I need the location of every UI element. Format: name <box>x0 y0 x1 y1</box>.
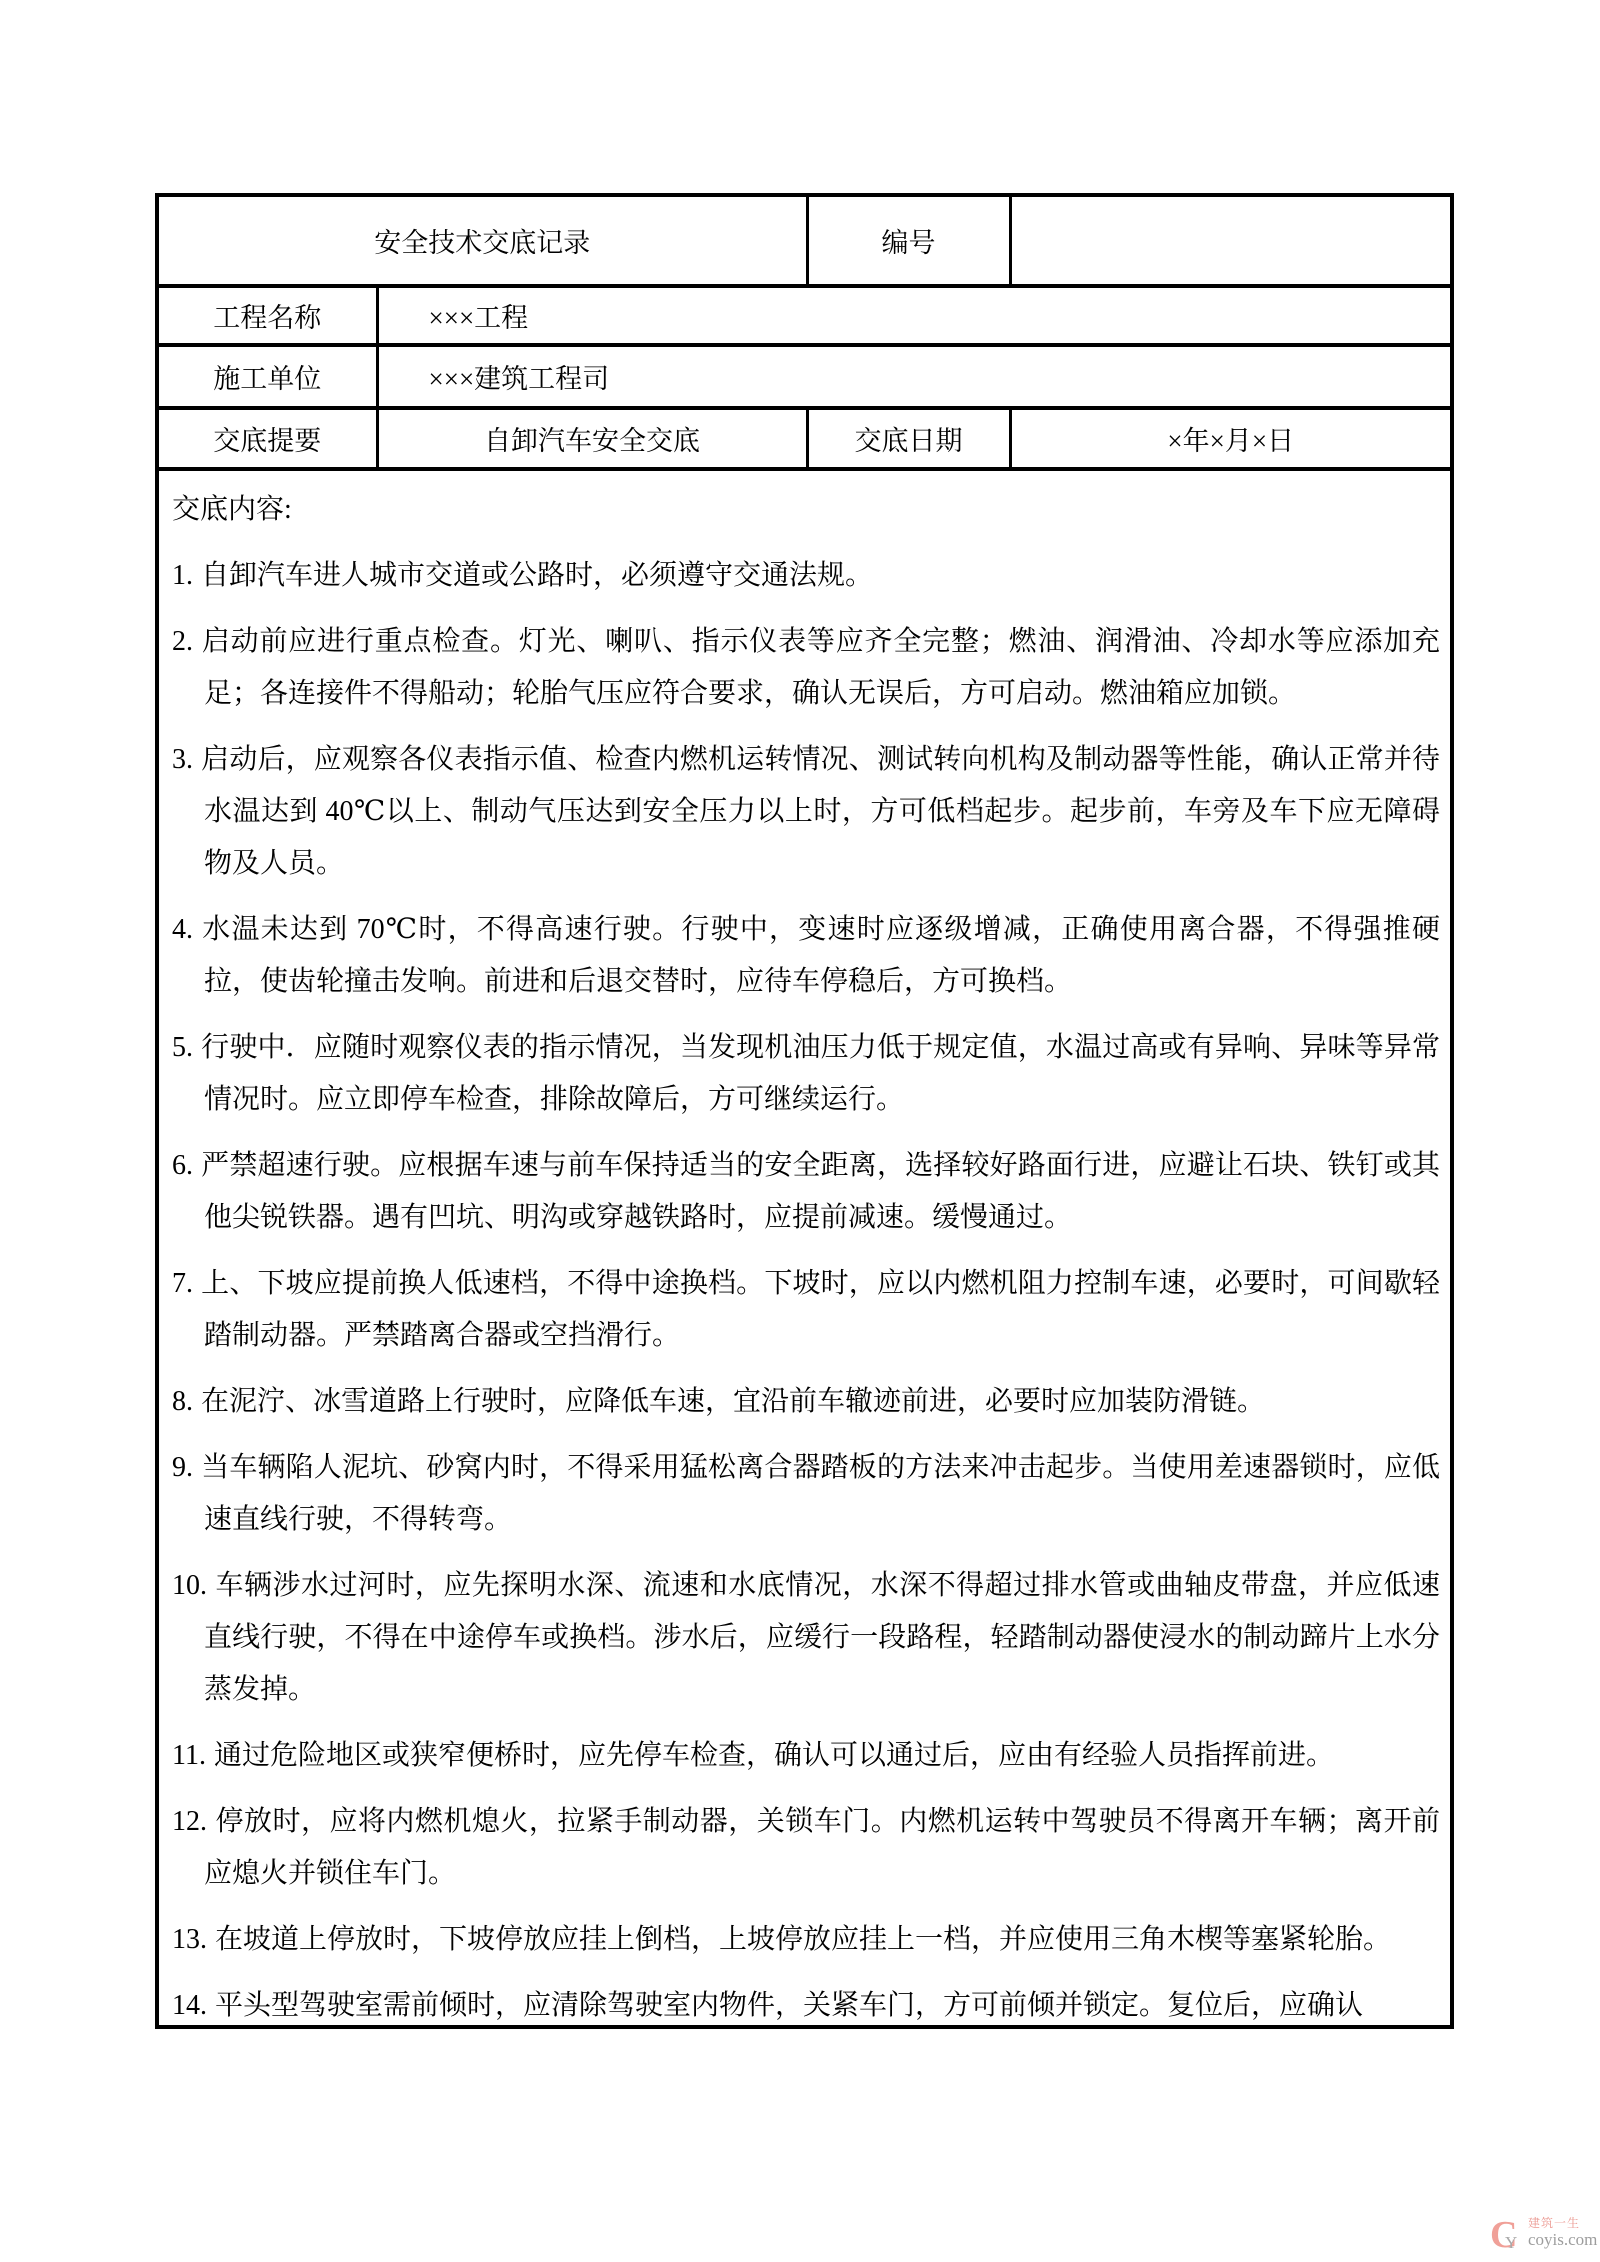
briefing-date-label: 交底日期 <box>807 408 1010 469</box>
item-text: 启动后，应观察各仪表指示值、检查内燃机运转情况、测试转向机构及制动器等性能，确认… <box>201 744 1440 879</box>
content-item-2: 2.启动前应进行重点检查。灯光、喇叭、指示仪表等应齐全完整；燃油、润滑油、冷却水… <box>172 616 1440 720</box>
item-text: 启动前应进行重点检查。灯光、喇叭、指示仪表等应齐全完整；燃油、润滑油、冷却水等应… <box>201 626 1440 709</box>
item-text: 在泥泞、冰雪道路上行驶时，应降低车速，宜沿前车辙迹前进，必要时应加装防滑链。 <box>201 1386 1265 1417</box>
item-text: 行驶中．应随时观察仪表的指示情况，当发现机油压力低于规定值，水温过高或有异响、异… <box>201 1032 1440 1115</box>
construction-unit-text: ×××建筑工程司 <box>379 357 1451 396</box>
item-text: 自卸汽车进人城市交道或公路时，必须遵守交通法规。 <box>201 560 873 591</box>
briefing-content-cell: 交底内容: 1.自卸汽车进人城市交道或公路时，必须遵守交通法规。 2.启动前应进… <box>157 469 1452 2027</box>
item-number: 14. <box>172 1990 207 2021</box>
content-item-12: 12.停放时，应将内燃机熄火，拉紧手制动器，关锁车门。内燃机运转中驾驶员不得离开… <box>172 1796 1440 1900</box>
item-text: 上、下坡应提前换人低速档，不得中途换档。下坡时，应以内燃机阻力控制车速，必要时，… <box>201 1268 1440 1351</box>
briefing-summary-label: 交底提要 <box>157 408 377 469</box>
item-text: 水温未达到 70℃时，不得高速行驶。行驶中，变速时应逐级增减，正确使用离合器，不… <box>201 914 1440 997</box>
number-value-cell <box>1010 195 1452 286</box>
watermark-site: coyis.com <box>1528 2230 1597 2249</box>
content-item-11: 11.通过危险地区或狭窄便桥时，应先停车检查，确认可以通过后，应由有经验人员指挥… <box>172 1730 1440 1782</box>
content-item-14: 14.平头型驾驶室需前倾时，应清除驾驶室内物件，关紧车门，方可前倾并锁定。复位后… <box>172 1980 1440 2025</box>
content-item-13: 13.在坡道上停放时，下坡停放应挂上倒档，上坡停放应挂上一档，并应使用三角木楔等… <box>172 1914 1440 1966</box>
item-text: 平头型驾驶室需前倾时，应清除驾驶室内物件，关紧车门，方可前倾并锁定。复位后，应确… <box>215 1990 1363 2021</box>
content-item-1: 1.自卸汽车进人城市交道或公路时，必须遵守交通法规。 <box>172 550 1440 602</box>
coyis-watermark-text: 建筑一生 coyis.com <box>1528 2216 1597 2249</box>
construction-unit-label: 施工单位 <box>157 345 377 408</box>
item-text: 停放时，应将内燃机熄火，拉紧手制动器，关锁车门。内燃机运转中驾驶员不得离开车辆；… <box>204 1806 1440 1889</box>
item-number: 10. <box>172 1570 207 1601</box>
item-number: 5. <box>172 1032 193 1063</box>
briefing-summary-value: 自卸汽车安全交底 <box>377 408 807 469</box>
item-number: 6. <box>172 1150 193 1181</box>
coyis-logo-y: Y <box>1505 2234 1517 2251</box>
number-label: 编号 <box>807 195 1010 286</box>
content-item-8: 8.在泥泞、冰雪道路上行驶时，应降低车速，宜沿前车辙迹前进，必要时应加装防滑链。 <box>172 1376 1440 1428</box>
item-number: 2. <box>172 626 193 657</box>
item-number: 3. <box>172 744 193 775</box>
project-name-text: ×××工程 <box>379 296 1451 335</box>
project-name-value: ×××工程 <box>377 286 1452 345</box>
safety-briefing-document: 安全技术交底记录 编号 工程名称 ×××工程 施工单位 ×××建筑工程司 交底提… <box>0 0 1600 2262</box>
content-item-7: 7.上、下坡应提前换人低速档，不得中途换档。下坡时，应以内燃机阻力控制车速，必要… <box>172 1258 1440 1362</box>
item-number: 8. <box>172 1386 193 1417</box>
watermark-brand: 建筑一生 <box>1528 2216 1597 2230</box>
content-heading: 交底内容: <box>172 484 1440 536</box>
content-item-4: 4.水温未达到 70℃时，不得高速行驶。行驶中，变速时应逐级增减，正确使用离合器… <box>172 904 1440 1008</box>
coyis-watermark: C Y 建筑一生 coyis.com <box>1490 2216 1597 2256</box>
safety-briefing-form: 安全技术交底记录 编号 工程名称 ×××工程 施工单位 ×××建筑工程司 交底提… <box>155 193 1454 2029</box>
item-text: 当车辆陷人泥坑、砂窝内时，不得采用猛松离合器踏板的方法来冲击起步。当使用差速器锁… <box>201 1452 1440 1535</box>
item-text: 车辆涉水过河时，应先探明水深、流速和水底情况，水深不得超过排水管或曲轴皮带盘，并… <box>204 1570 1440 1705</box>
content-item-3: 3.启动后，应观察各仪表指示值、检查内燃机运转情况、测试转向机构及制动器等性能，… <box>172 734 1440 890</box>
item-number: 12. <box>172 1806 207 1837</box>
content-item-5: 5.行驶中．应随时观察仪表的指示情况，当发现机油压力低于规定值，水温过高或有异响… <box>172 1022 1440 1126</box>
item-text: 严禁超速行驶。应根据车速与前车保持适当的安全距离，选择较好路面行进，应避让石块、… <box>201 1150 1440 1233</box>
project-name-label: 工程名称 <box>157 286 377 345</box>
item-number: 4. <box>172 914 193 945</box>
content-item-6: 6.严禁超速行驶。应根据车速与前车保持适当的安全距离，选择较好路面行进，应避让石… <box>172 1140 1440 1244</box>
construction-unit-value: ×××建筑工程司 <box>377 345 1452 408</box>
item-number: 1. <box>172 560 193 591</box>
briefing-date-value: ×年×月×日 <box>1010 408 1452 469</box>
item-number: 11. <box>172 1740 206 1771</box>
item-number: 9. <box>172 1452 193 1483</box>
coyis-logo-icon: C Y <box>1490 2216 1524 2256</box>
briefing-content: 交底内容: 1.自卸汽车进人城市交道或公路时，必须遵守交通法规。 2.启动前应进… <box>159 471 1450 2025</box>
item-number: 13. <box>172 1924 207 1955</box>
content-item-9: 9.当车辆陷人泥坑、砂窝内时，不得采用猛松离合器踏板的方法来冲击起步。当使用差速… <box>172 1442 1440 1546</box>
item-text: 通过危险地区或狭窄便桥时，应先停车检查，确认可以通过后，应由有经验人员指挥前进。 <box>214 1740 1334 1771</box>
form-title: 安全技术交底记录 <box>157 195 807 286</box>
item-text: 在坡道上停放时，下坡停放应挂上倒档，上坡停放应挂上一档，并应使用三角木楔等塞紧轮… <box>215 1924 1391 1955</box>
content-item-10: 10.车辆涉水过河时，应先探明水深、流速和水底情况，水深不得超过排水管或曲轴皮带… <box>172 1560 1440 1716</box>
item-number: 7. <box>172 1268 193 1299</box>
